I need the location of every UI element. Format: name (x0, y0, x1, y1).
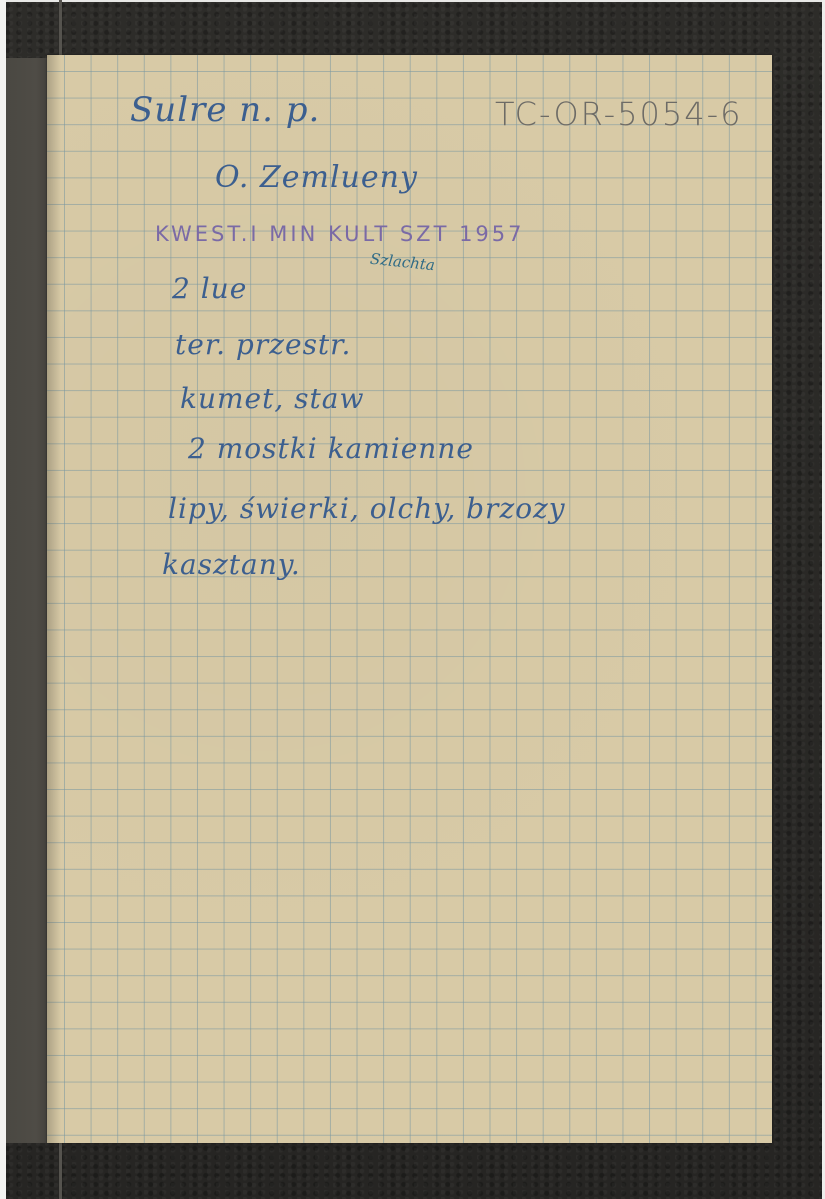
scan-edge-top (0, 0, 825, 2)
card-line-1: 2 lue (172, 272, 247, 305)
card-subheading: O. Zemlueny (215, 160, 418, 195)
card-line-5: lipy, świerki, olchy, brzozy (168, 492, 566, 525)
card-edge-shadow (47, 55, 61, 1143)
card-line-2: ter. przestr. (175, 328, 351, 361)
card-line-3: kumet, staw (180, 382, 364, 415)
reference-number: TC-OR-5054-6 (495, 95, 742, 133)
card-heading-place: Sulre n. p. (130, 90, 320, 130)
card-line-4: 2 mostki kamienne (188, 432, 474, 465)
card-line-6: kasztany. (162, 548, 301, 581)
index-card (47, 55, 772, 1143)
ministry-stamp: KWEST.I MIN KULT SZT 1957 (155, 222, 525, 246)
